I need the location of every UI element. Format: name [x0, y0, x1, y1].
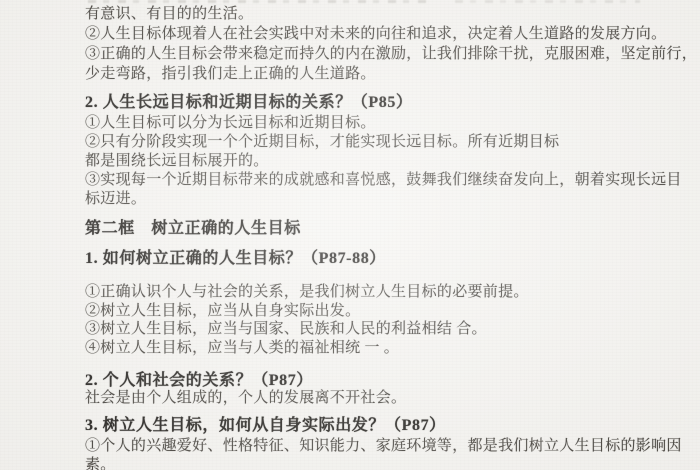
paragraph-line: ③正确的人生目标会带来稳定而持久的内在激励，让我们排除干扰，克服困难，坚定前行，	[85, 45, 697, 64]
paragraph-line: 标迈进。	[85, 190, 146, 209]
document-page: 有意识、有目的的生活。 ②人生目标体现着人在社会实践中对未来的向往和追求，决定着…	[0, 0, 700, 470]
paragraph-line: ②树立人生目标，应当从自身实际出发。	[85, 302, 360, 321]
paragraph-line: 有意识、有目的的生活。	[85, 5, 253, 24]
paragraph-line: 都是围绕长远目标展开的。	[85, 152, 269, 171]
paragraph-line: ③树立人生目标，应当与国家、民族和人民的利益相结 合。	[85, 320, 487, 339]
paragraph-line: ①个人的兴趣爱好、性格特征、知识能力、家庭环境等，都是我们树立人生目标的影响因	[85, 437, 682, 456]
heading-lesson2-title: 第二框 树立正确的人生目标	[85, 219, 301, 238]
paragraph-line: 素。	[85, 456, 116, 470]
paragraph-line: ④树立人生目标，应当与人类的福祉相统 一 。	[85, 339, 399, 358]
heading-q3-from-own-reality: 3. 树立人生目标，如何从自身实际出发？（P87）	[85, 416, 446, 435]
paragraph-line: 少走弯路，指引我们走上正确的人生道路。	[85, 65, 376, 84]
heading-q2-goal-relationship: 2. 人生长远目标和近期目标的关系？（P85）	[85, 93, 413, 112]
cropped-previous-line-remnant	[455, 0, 640, 3]
paragraph-line: 社会是由个人组成的，个人的发展离不开社会。	[85, 389, 406, 408]
paragraph-line: ②只有分阶段实现一个个近期目标，才能实现长远目标。所有近期目标	[85, 133, 559, 152]
paragraph-line: ②人生目标体现着人在社会实践中对未来的向往和追求，决定着人生道路的发展方向。	[85, 25, 666, 44]
cropped-previous-line-remnant	[88, 0, 433, 3]
heading-q2-individual-society: 2. 个人和社会的关系？（P87）	[85, 371, 313, 390]
paragraph-line: ③实现每一个近期目标带来的成就感和喜悦感，鼓舞我们继续奋发向上，朝着实现长远目	[85, 171, 682, 190]
paragraph-line: ①正确认识个人与社会的关系，是我们树立人生目标的必要前提。	[85, 283, 529, 302]
heading-q1-how-to-set-goal: 1. 如何树立正确的人生目标？（P87-88）	[85, 249, 386, 268]
paragraph-line: ①人生目标可以分为长远目标和近期目标。	[85, 114, 376, 133]
